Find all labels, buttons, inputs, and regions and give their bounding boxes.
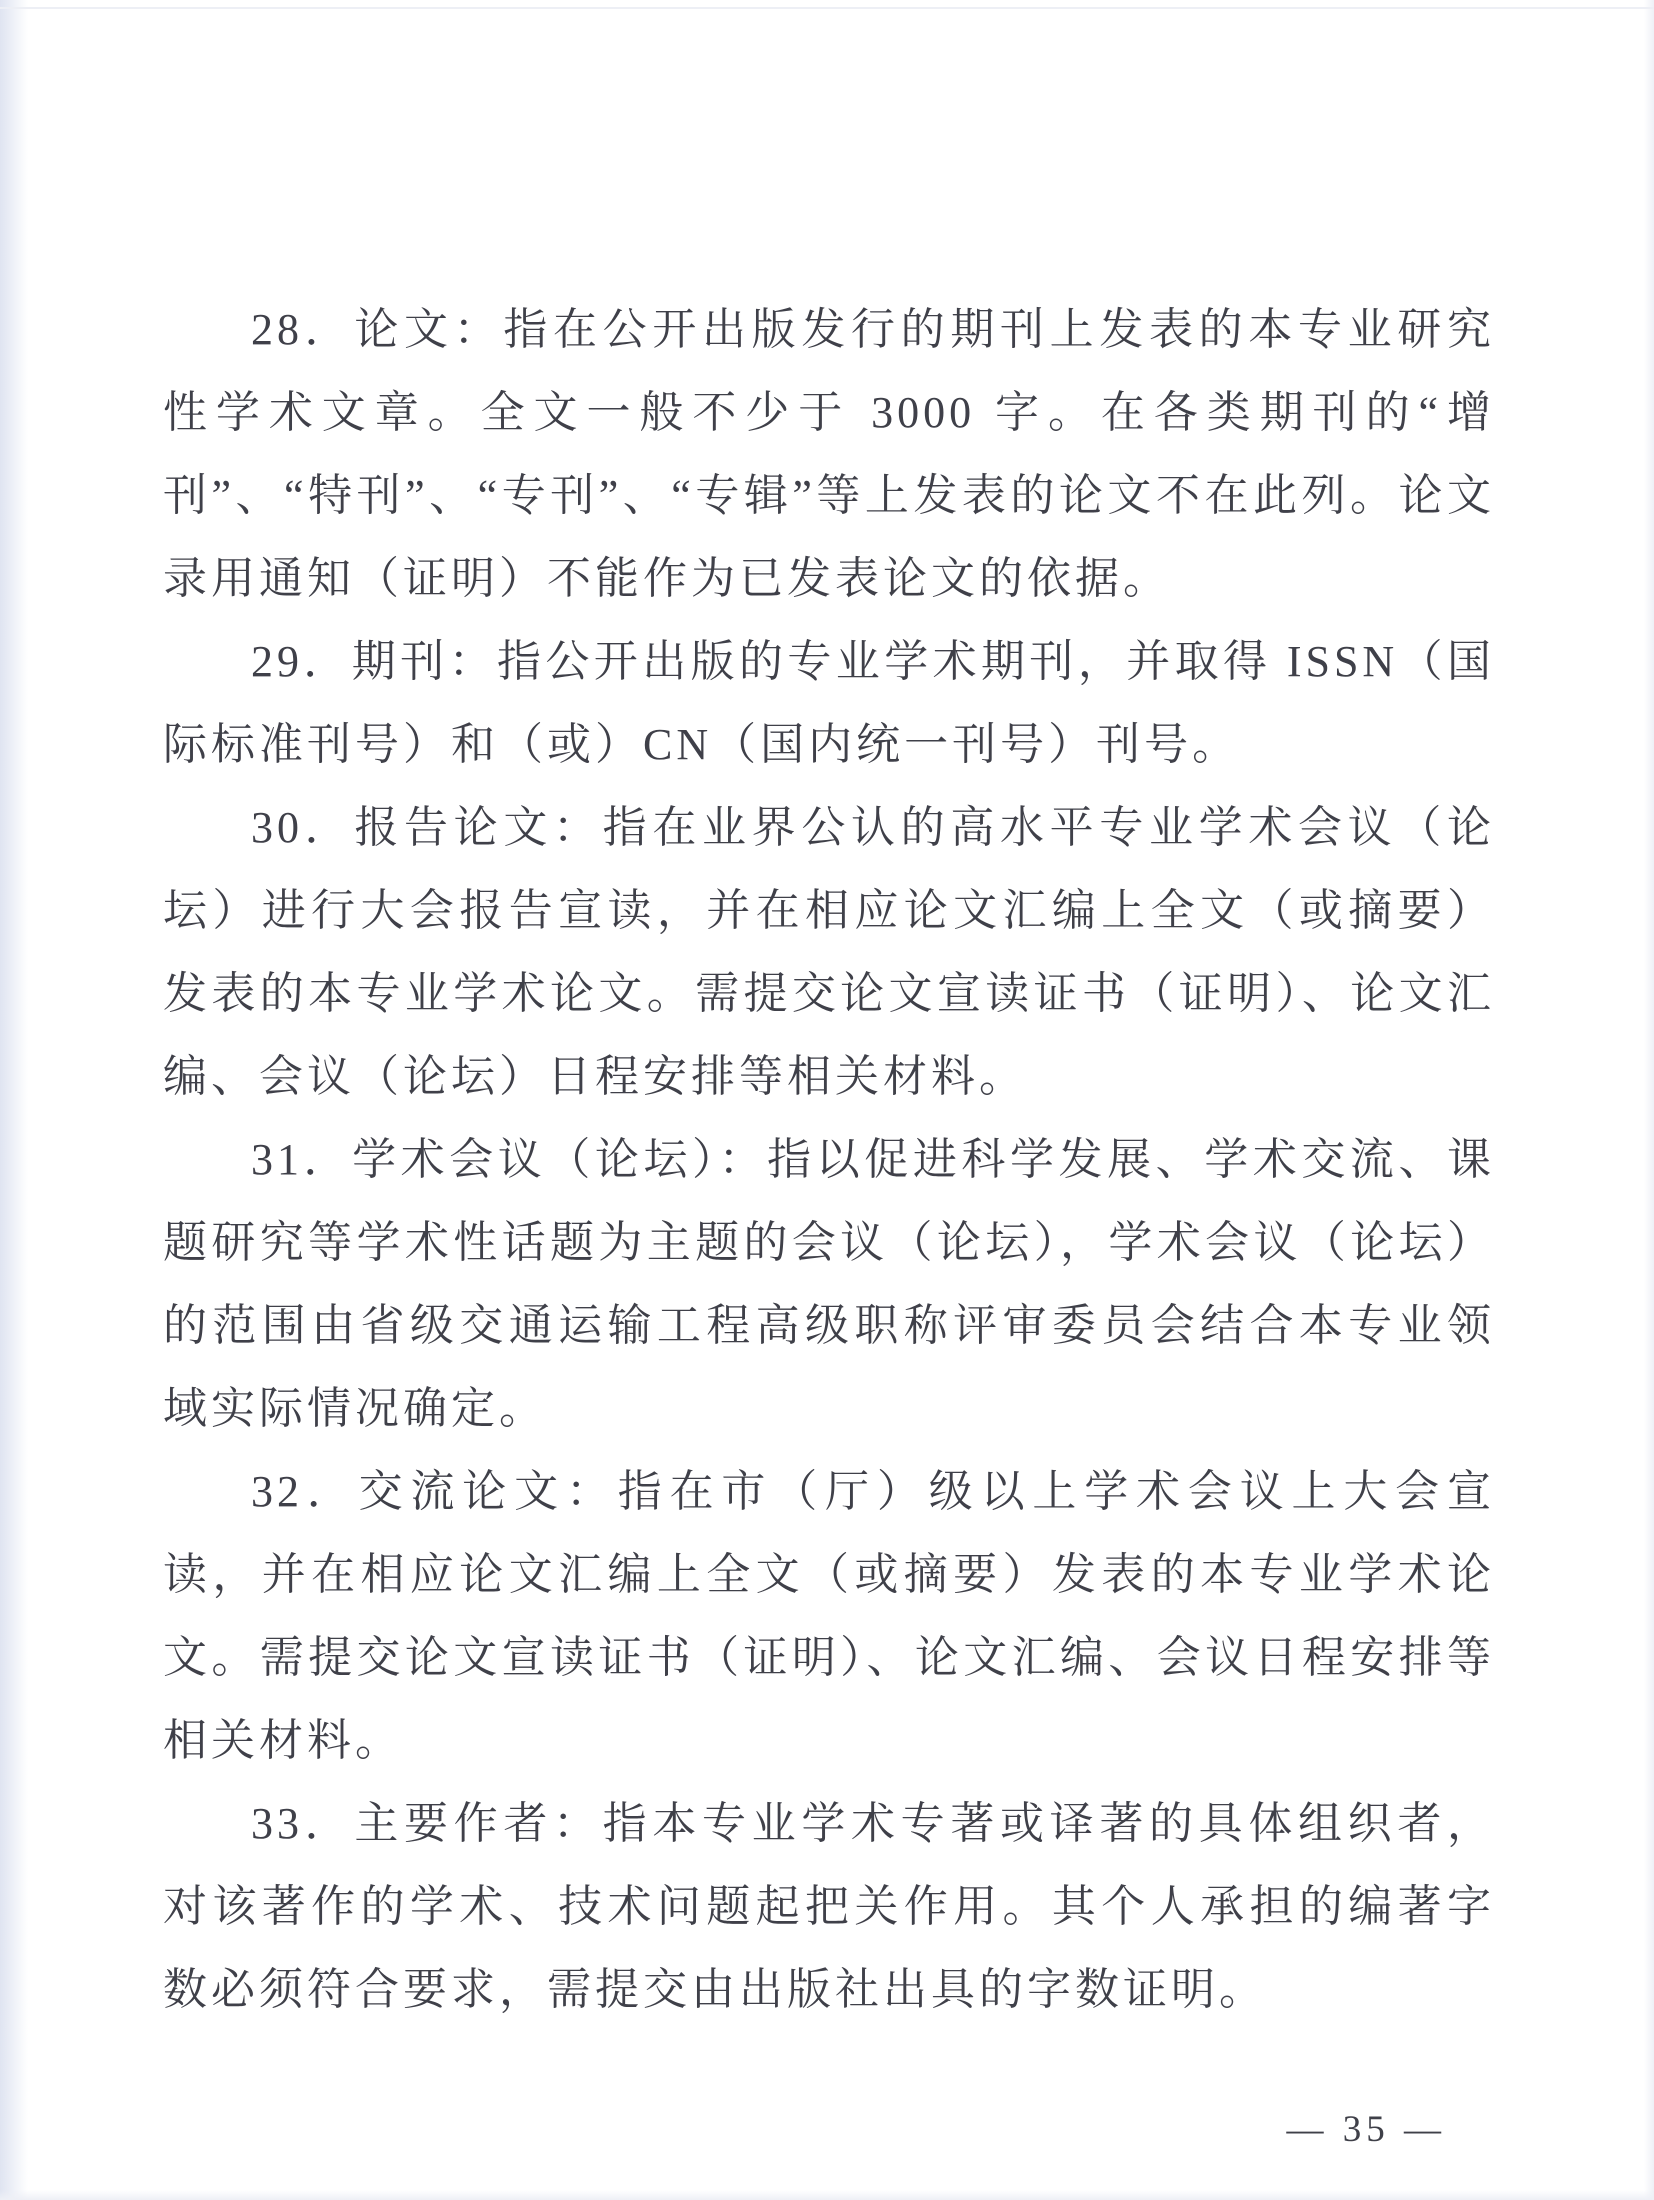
paragraph-item-28: 28．论文：指在公开出版发行的期刊上发表的本专业研究性学术文章。全文一般不少于 … — [163, 288, 1495, 620]
paragraph-item-29: 29．期刊：指公开出版的专业学术期刊，并取得 ISSN（国际标准刊号）和（或）C… — [163, 620, 1495, 786]
paragraph-item-30: 30．报告论文：指在业界公认的高水平专业学术会议（论坛）进行大会报告宣读，并在相… — [163, 786, 1495, 1118]
page-number: — 35 — — [1287, 2108, 1447, 2151]
paragraph-item-33: 33．主要作者：指本专业学术专著或译著的具体组织者，对该著作的学术、技术问题起把… — [163, 1782, 1495, 2031]
scan-edge-artifact-right — [1644, 0, 1654, 2200]
document-page: 28．论文：指在公开出版发行的期刊上发表的本专业研究性学术文章。全文一般不少于 … — [0, 0, 1654, 2200]
document-body: 28．论文：指在公开出版发行的期刊上发表的本专业研究性学术文章。全文一般不少于 … — [163, 288, 1495, 2031]
paragraph-item-31: 31．学术会议（论坛）：指以促进科学发展、学术交流、课题研究等学术性话题为主题的… — [163, 1118, 1495, 1450]
scan-edge-artifact-bottom — [0, 2190, 1654, 2200]
paragraph-item-32: 32．交流论文：指在市（厅）级以上学术会议上大会宣读，并在相应论文汇编上全文（或… — [163, 1450, 1495, 1782]
